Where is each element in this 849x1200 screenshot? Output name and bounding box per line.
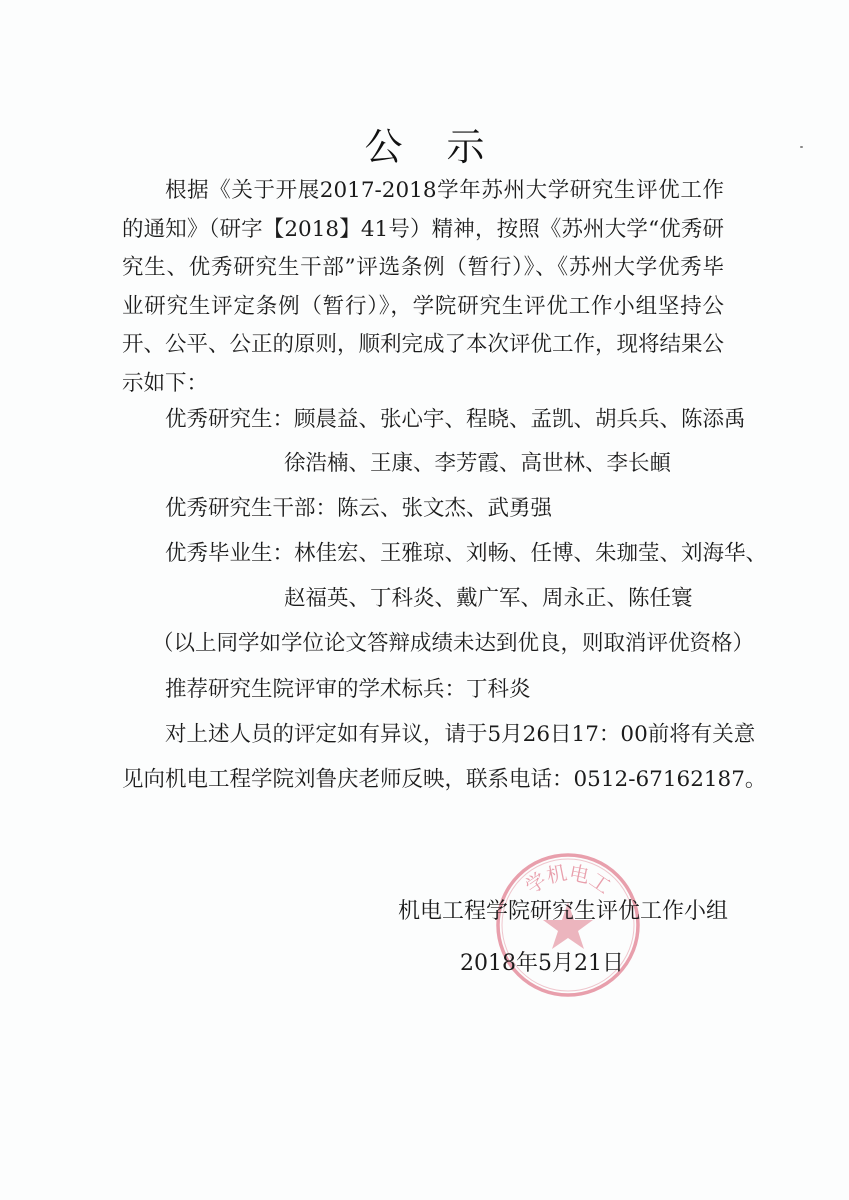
objection-line2: 见向机电工程学院刘鲁庆老师反映，联系电话：0512-67162187。: [122, 765, 766, 795]
category-label: 优秀研究生干部：: [165, 496, 337, 521]
category-names: 陈云、张文杰、武勇强: [337, 496, 552, 521]
category-excellent-graduate-line2: 赵福英、丁科炎、戴广军、周永正、陈任寰: [284, 584, 693, 614]
category-excellent-grad-line1: 优秀研究生：顾晨益、张心宇、程晓、孟凯、胡兵兵、陈添禹: [165, 405, 746, 435]
page-title: 公示: [0, 123, 849, 171]
recommendation-line: 推荐研究生院评审的学术标兵：丁科炎: [165, 675, 531, 705]
intro-paragraph: 根据《关于开展2017-2018学年苏州大学研究生评优工作的通知》（研字【201…: [122, 172, 724, 403]
category-excellent-cadre-line1: 优秀研究生干部：陈云、张文杰、武勇强: [165, 494, 552, 524]
intro-block: 根据《关于开展2017-2018学年苏州大学研究生评优工作的通知》（研字【201…: [122, 172, 724, 403]
signature-date: 2018年5月21日: [460, 949, 624, 979]
signature-organization: 机电工程学院研究生评优工作小组: [398, 897, 728, 927]
disqualification-note: （以上同学如学位论文答辩成绩未达到优良，则取消评优资格）: [152, 629, 754, 659]
category-names-continued: 赵福英、丁科炎、戴广军、周永正、陈任寰: [284, 586, 693, 611]
seal-arc-text: 学机电工: [521, 860, 616, 898]
category-label: 优秀研究生：: [165, 407, 294, 432]
objection-line1: 对上述人员的评定如有异议，请于5月26日17：00前将有关意: [165, 720, 755, 750]
category-excellent-grad-line2: 徐浩楠、王康、李芳霞、高世林、李长頔: [284, 449, 671, 479]
category-label: 优秀毕业生：: [165, 541, 294, 566]
category-names: 顾晨益、张心宇、程晓、孟凯、胡兵兵、陈添禹: [294, 407, 746, 432]
category-names: 林佳宏、王雅琼、刘畅、任博、朱珈莹、刘海华、: [294, 541, 767, 566]
category-excellent-graduate-line1: 优秀毕业生：林佳宏、王雅琼、刘畅、任博、朱珈莹、刘海华、: [165, 539, 767, 569]
category-names-continued: 徐浩楠、王康、李芳霞、高世林、李长頔: [284, 451, 671, 476]
document-page: 公示 根据《关于开展2017-2018学年苏州大学研究生评优工作的通知》（研字【…: [0, 0, 849, 1200]
